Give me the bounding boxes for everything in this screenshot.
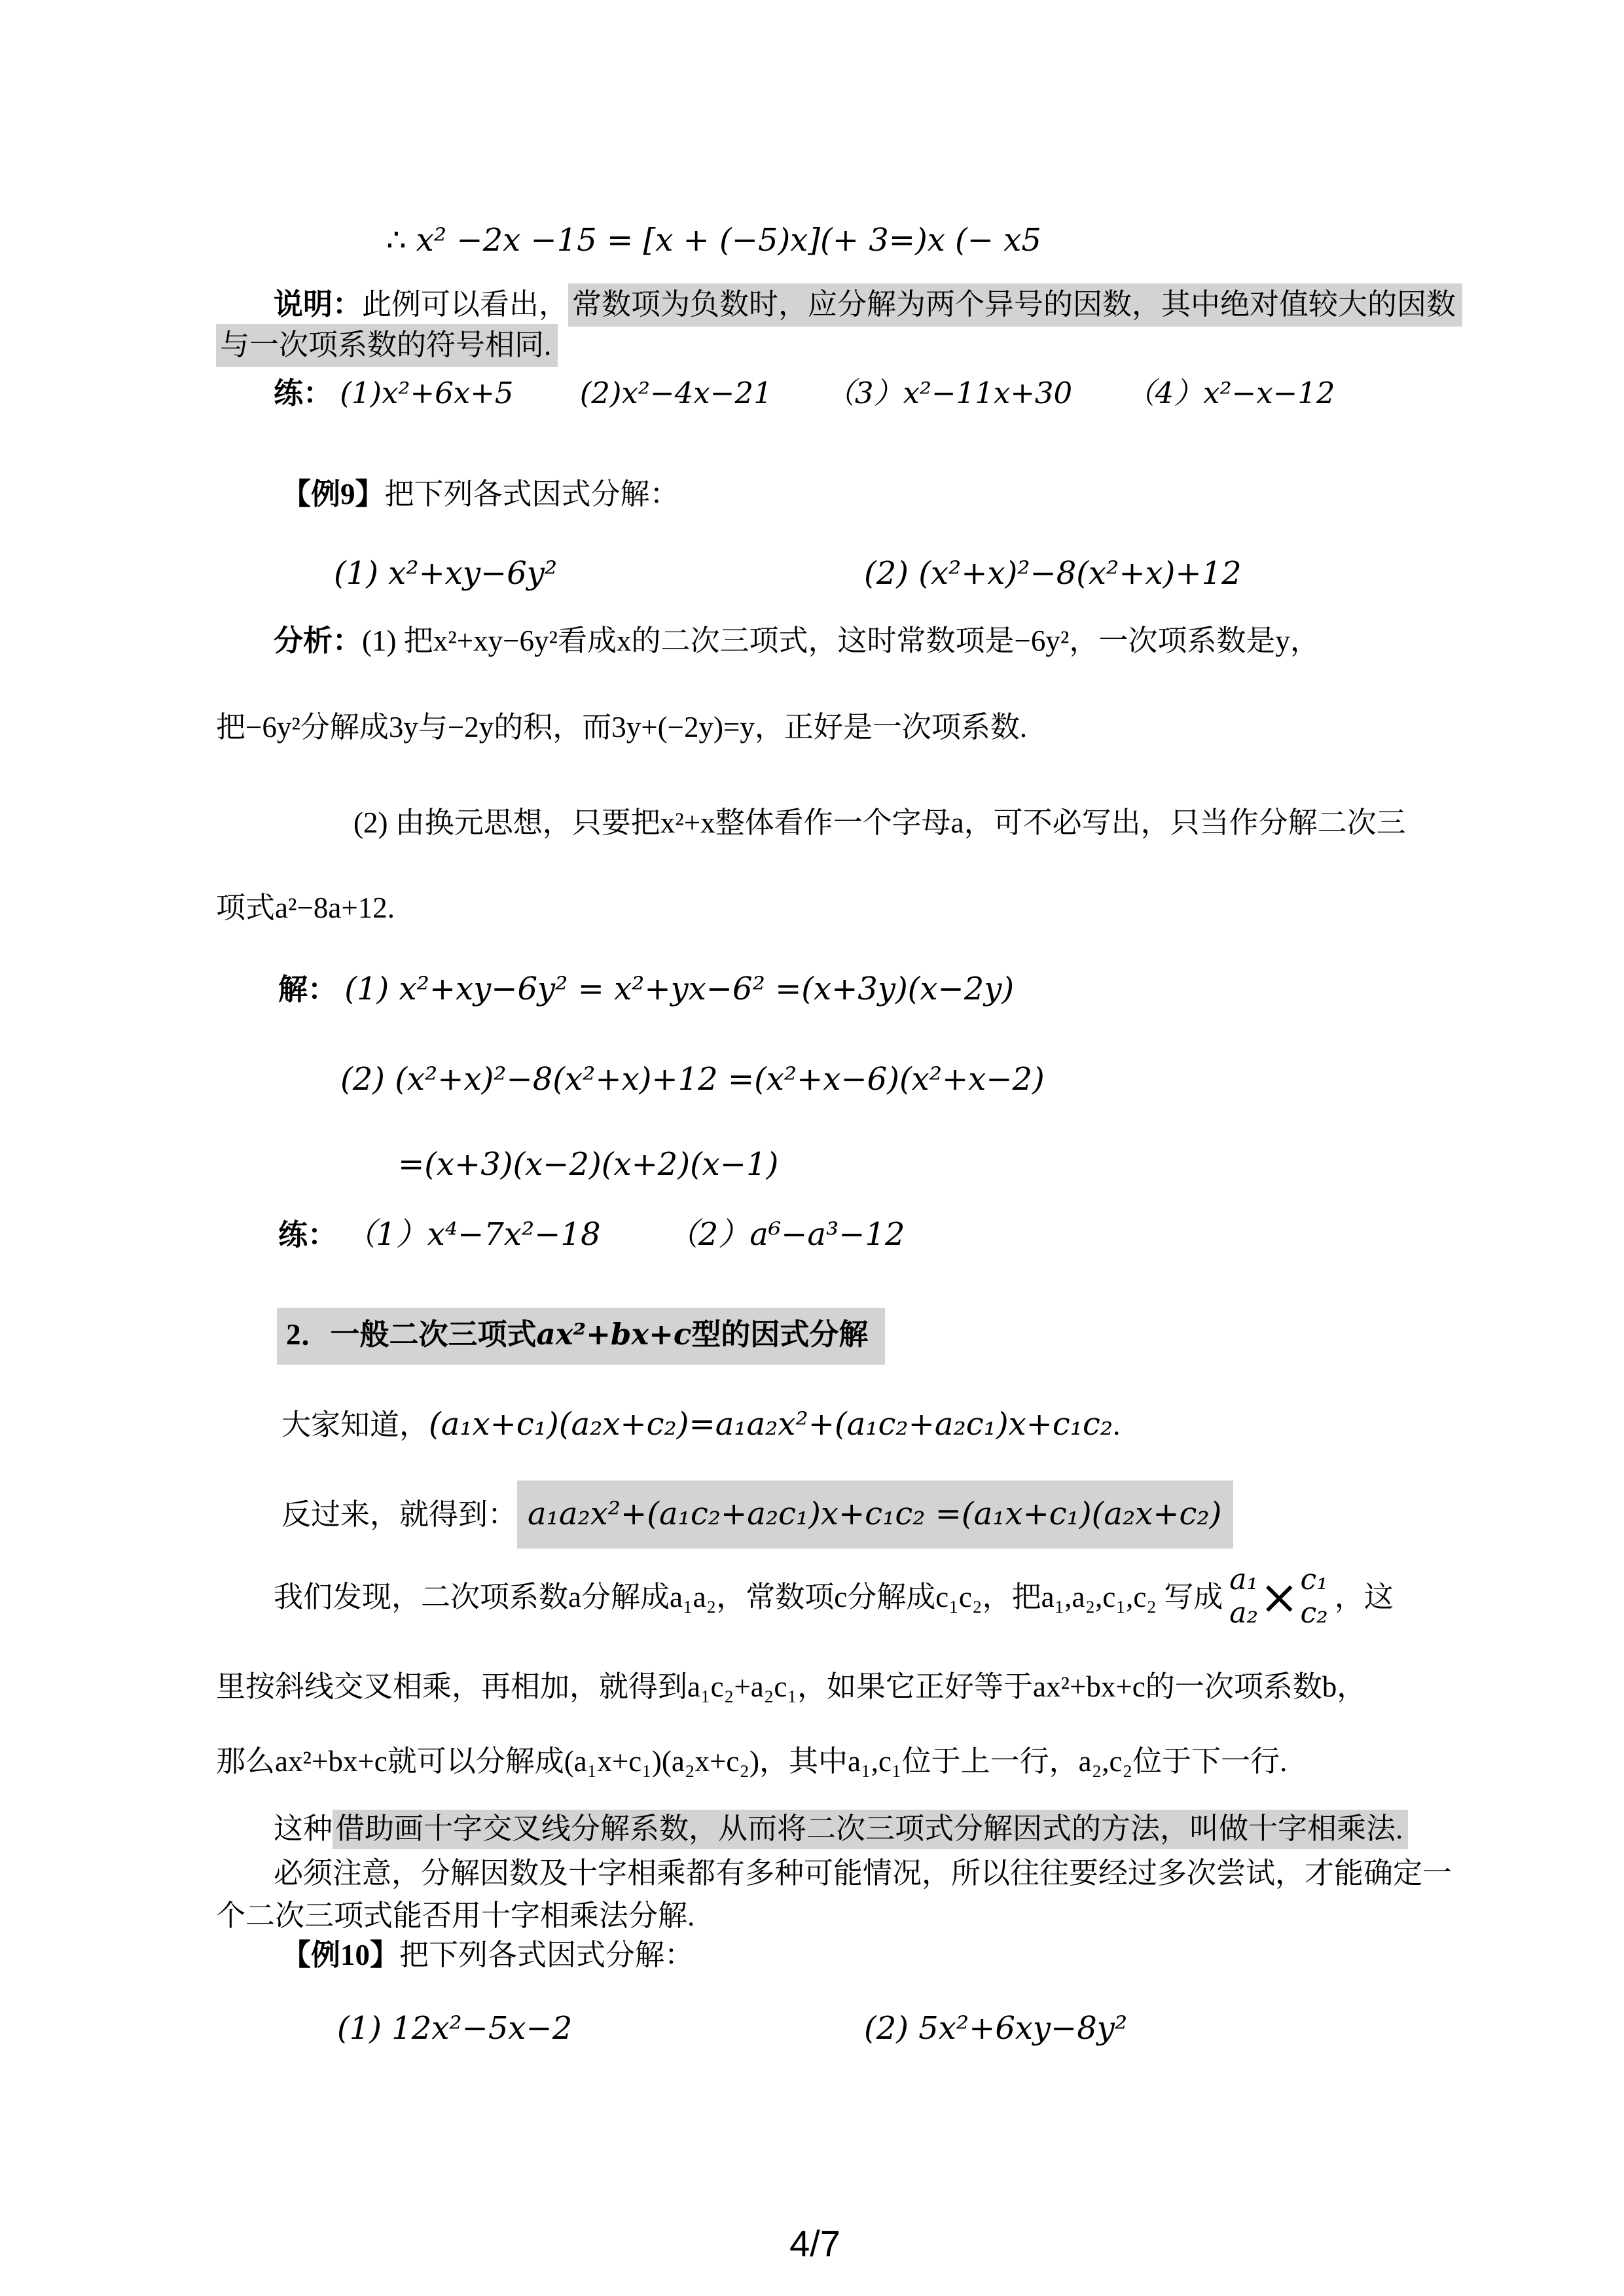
practice1-item2: (2)x²−4x−21 — [580, 376, 772, 410]
method-line1-pre: 这种 — [274, 1812, 333, 1845]
practice1-item3: （3）x²−11x+30 — [825, 376, 1072, 410]
note-paragraph-line1: 说明：此例可以看出，常数项为负数时，应分解为两个异号的因数，其中绝对值较大的因数 — [274, 285, 1462, 324]
example10-item2: (2) 5x²+6xy−8y² — [864, 2008, 1127, 2049]
example9-tag: 【例9】 — [281, 478, 385, 511]
example9-title: 把下列各式因式分解： — [385, 478, 679, 511]
note-highlight-line1: 常数项为负数时，应分解为两个异号的因数，其中绝对值较大的因数 — [568, 283, 1462, 327]
section2-heading: 2．一般二次三项式ax²+bx+c型的因式分解 — [277, 1308, 885, 1365]
reverse-pre: 反过来，就得到： — [281, 1498, 517, 1531]
section2-title-math: ax²+bx+c — [537, 1317, 692, 1352]
cross-top-right: c₁ — [1300, 1564, 1327, 1597]
section2-number: 2． — [286, 1318, 331, 1351]
practice2-label: 练： — [278, 1219, 337, 1251]
section2-heading-box: 2．一般二次三项式ax²+bx+c型的因式分解 — [277, 1308, 885, 1365]
known-end: . — [1113, 1408, 1120, 1441]
known-pre: 大家知道， — [281, 1408, 429, 1441]
note-highlight-line2: 与一次项系数的符号相同. — [216, 324, 558, 367]
analysis-line1: 分析：(1) 把x²+xy−6y²看成x的二次三项式，这时常数项是−6y²，一次… — [274, 622, 1320, 660]
note-paragraph-line2: 与一次项系数的符号相同. — [216, 326, 558, 365]
example9-item2: (2) (x²+x)²−8(x²+x)+12 — [864, 553, 1242, 594]
discover-line3: 那么ax²+bx+c就可以分解成(a₁x+c₁)(a₂x+c₂)，其中a₁,c₁… — [216, 1742, 1287, 1781]
method-line1: 这种借助画十字交叉线分解系数，从而将二次三项式分解因式的方法，叫做十字相乘法. — [274, 1810, 1408, 1848]
solution-line2: (2) (x²+x)²−8(x²+x)+12 =(x²+x−6)(x²+x−2) — [340, 1059, 1045, 1100]
practice2-row: 练： （1）x⁴−7x²−18 （2）a⁶−a³−12 — [278, 1214, 905, 1255]
section2-title-post: 型的因式分解 — [691, 1318, 868, 1351]
practice2-item1: （1）x⁴−7x²−18 — [344, 1216, 600, 1253]
solution-label: 解： — [278, 973, 337, 1006]
derivation-formula: ∴ x² −2x −15 = [x + (−5)x](+ 3=)x (− x5 — [386, 220, 1041, 260]
solution-line1-math: (1) x²+xy−6y² = x²+yx−6² =(x+3y)(x−2y) — [344, 971, 1014, 1007]
document-page: ∴ x² −2x −15 = [x + (−5)x](+ 3=)x (− x5 … — [0, 0, 1624, 2296]
discover-line1-end: ，这 — [1335, 1578, 1394, 1617]
practice2-item2: （2）a⁶−a³−12 — [667, 1216, 905, 1253]
section2-title-pre: 一般二次三项式 — [331, 1318, 537, 1351]
example9-heading: 【例9】把下列各式因式分解： — [281, 475, 679, 514]
reverse-identity-line: 反过来，就得到：a₁a₂x²+(a₁c₂+a₂c₁)x+c₁c₂ =(a₁x+c… — [281, 1480, 1233, 1549]
reverse-highlight-formula: a₁a₂x²+(a₁c₂+a₂c₁)x+c₁c₂ =(a₁x+c₁)(a₂x+c… — [517, 1480, 1233, 1549]
analysis-line3: (2) 由换元思想，只要把x²+x整体看作一个字母a，可不必写出，只当作分解二次… — [353, 804, 1406, 842]
analysis-line4: 项式a²−8a+12. — [216, 889, 395, 927]
cross-icon: × — [1259, 1573, 1299, 1621]
practice1-item4: （4）x²−x−12 — [1125, 376, 1335, 410]
method-line3: 个二次三项式能否用十字相乘法分解. — [216, 1897, 695, 1935]
example9-item1: (1) x²+xy−6y² — [334, 553, 557, 594]
practice1-item1: (1)x²+6x+5 — [340, 376, 513, 410]
solution-line3: =(x+3)(x−2)(x+2)(x−1) — [398, 1144, 778, 1185]
discover-line2: 里按斜线交叉相乘，再相加，就得到a₁c₂+a₂c₁，如果它正好等于ax²+bx+… — [216, 1668, 1366, 1706]
example10-item1: (1) 12x²−5x−2 — [337, 2008, 572, 2049]
practice1-label: 练： — [274, 377, 333, 410]
discover-line1: 我们发现，二次项系数a分解成a₁a₂，常数项c分解成c₁c₂，把a₁,a₂,c₁… — [274, 1545, 1394, 1649]
analysis-line2: 把−6y²分解成3y与−2y的积，而3y+(−2y)=y，正好是一次项系数. — [216, 708, 1027, 747]
method-highlight: 借助画十字交叉线分解系数，从而将二次三项式分解因式的方法，叫做十字相乘法. — [333, 1810, 1408, 1849]
known-math: (a₁x+c₁)(a₂x+c₂)=a₁a₂x²+(a₁c₂+a₂c₁)x+c₁c… — [429, 1406, 1113, 1443]
cross-multiplication-diagram: a₁ a₂ × c₁ c₂ — [1229, 1564, 1327, 1630]
cross-right-column: c₁ c₂ — [1300, 1564, 1327, 1630]
analysis-label: 分析： — [274, 624, 362, 657]
practice1-row: 练： (1)x²+6x+5 (2)x²−4x−21 （3）x²−11x+30 （… — [274, 374, 1335, 413]
example10-title: 把下列各式因式分解： — [399, 1939, 694, 1971]
method-line2: 必须注意，分解因数及十字相乘都有多种可能情况，所以往往要经过多次尝试，才能确定一 — [274, 1854, 1452, 1893]
note-intro: 此例可以看出， — [362, 288, 568, 321]
cross-bottom-right: c₂ — [1300, 1597, 1327, 1630]
page-number: 4/7 — [756, 2220, 874, 2268]
analysis-line1-text: (1) 把x²+xy−6y²看成x的二次三项式，这时常数项是−6y²，一次项系数… — [362, 624, 1320, 657]
example10-tag: 【例10】 — [281, 1939, 399, 1971]
discover-line1-text: 我们发现，二次项系数a分解成a₁a₂，常数项c分解成c₁c₂，把a₁,a₂,c₁… — [274, 1578, 1223, 1617]
known-identity-line: 大家知道，(a₁x+c₁)(a₂x+c₂)=a₁a₂x²+(a₁c₂+a₂c₁)… — [281, 1404, 1120, 1444]
cross-top-left: a₁ — [1229, 1564, 1258, 1597]
cross-left-column: a₁ a₂ — [1229, 1564, 1258, 1630]
cross-bottom-left: a₂ — [1229, 1597, 1258, 1630]
note-label: 说明： — [274, 288, 362, 321]
solution-line1: 解： (1) x²+xy−6y² = x²+yx−6² =(x+3y)(x−2y… — [278, 969, 1014, 1009]
example10-heading: 【例10】把下列各式因式分解： — [281, 1936, 694, 1975]
